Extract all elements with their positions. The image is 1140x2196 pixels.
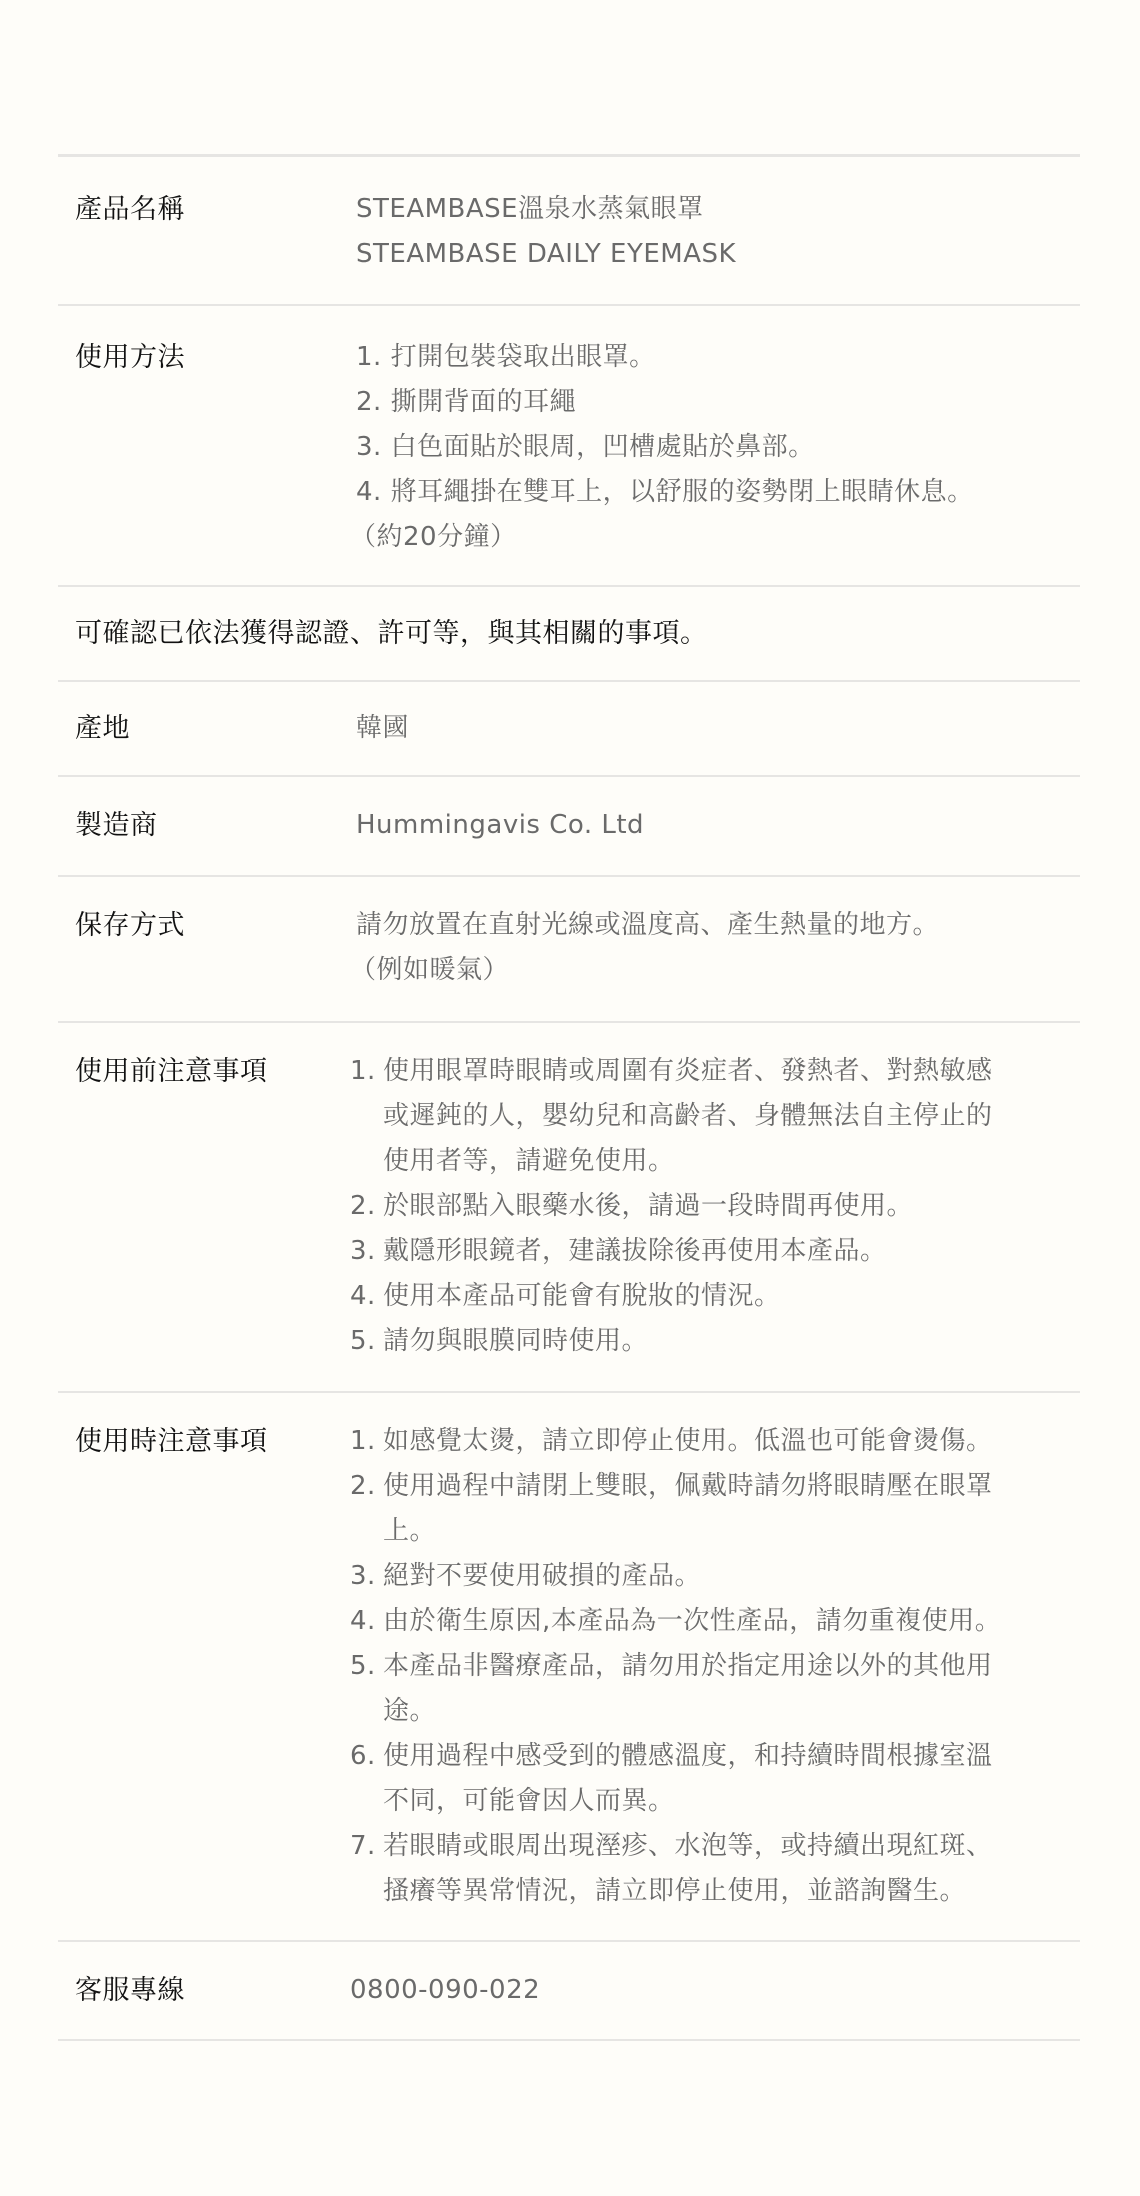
list-item: 1.如感覺太燙，請立即停止使用。低溫也可能會燙傷。	[350, 1419, 1040, 1464]
row-in-use-notes: 使用時注意事項 1.如感覺太燙，請立即停止使用。低溫也可能會燙傷。2.使用過程中…	[58, 1393, 1080, 1942]
usage-step: 1. 打開包裝袋取出眼罩。	[356, 335, 1040, 380]
list-item-number: 5.	[350, 1319, 376, 1364]
list-item: 2.使用過程中請閉上雙眼，佩戴時請勿將眼睛壓在眼罩上。	[350, 1464, 1040, 1554]
list-item-text: 本產品非醫療產品，請勿用於指定用途以外的其他用	[383, 1644, 1040, 1689]
list-item: 3.戴隱形眼鏡者，建議拔除後再使用本產品。	[350, 1229, 1040, 1274]
usage-duration-note: （約20分鐘）	[350, 515, 1040, 560]
list-item-number: 1.	[350, 1419, 376, 1464]
list-item: 4.使用本產品可能會有脫妝的情況。	[350, 1274, 1040, 1319]
usage-label: 使用方法	[58, 335, 356, 560]
row-usage: 使用方法 1. 打開包裝袋取出眼罩。 2. 撕開背面的耳繩 3. 白色面貼於眼周…	[58, 306, 1080, 587]
storage-example: （例如暖氣）	[350, 948, 1040, 993]
product-name-en: STEAMBASE DAILY EYEMASK	[356, 232, 1040, 277]
list-item-number: 6.	[350, 1734, 376, 1779]
customer-service-label: 客服專線	[58, 1968, 356, 2013]
list-item-text: 途。	[383, 1689, 1040, 1734]
usage-step: 3. 白色面貼於眼周，凹槽處貼於鼻部。	[356, 425, 1040, 470]
usage-step: 4. 將耳繩掛在雙耳上，以舒服的姿勢閉上眼睛休息。	[356, 470, 1040, 515]
list-item: 4.由於衛生原因,本產品為一次性產品，請勿重複使用。	[350, 1599, 1040, 1644]
row-product-name: 產品名稱 STEAMBASE溫泉水蒸氣眼罩 STEAMBASE DAILY EY…	[58, 157, 1080, 306]
storage-instruction: 請勿放置在直射光線或溫度高、產生熱量的地方。	[356, 903, 1040, 948]
product-spec-table: 產品名稱 STEAMBASE溫泉水蒸氣眼罩 STEAMBASE DAILY EY…	[58, 154, 1080, 2041]
list-item-number: 4.	[350, 1599, 376, 1644]
row-storage: 保存方式 請勿放置在直射光線或溫度高、產生熱量的地方。 （例如暖氣）	[58, 877, 1080, 1023]
list-item: 5.請勿與眼膜同時使用。	[350, 1319, 1040, 1364]
list-item: 2.於眼部點入眼藥水後，請過一段時間再使用。	[350, 1184, 1040, 1229]
list-item-number: 5.	[350, 1644, 376, 1689]
product-name-value: STEAMBASE溫泉水蒸氣眼罩 STEAMBASE DAILY EYEMASK	[356, 187, 1080, 277]
usage-value: 1. 打開包裝袋取出眼罩。 2. 撕開背面的耳繩 3. 白色面貼於眼周，凹槽處貼…	[356, 335, 1080, 560]
list-item-text: 請勿與眼膜同時使用。	[383, 1319, 1040, 1364]
pre-use-notes-label: 使用前注意事項	[58, 1049, 356, 1364]
product-name-label: 產品名稱	[58, 187, 356, 277]
list-item-text: 於眼部點入眼藥水後，請過一段時間再使用。	[383, 1184, 1040, 1229]
row-manufacturer: 製造商 Hummingavis Co. Ltd	[58, 777, 1080, 877]
list-item-text: 或遲鈍的人，嬰幼兒和高齡者、身體無法自主停止的	[383, 1094, 1040, 1139]
row-customer-service: 客服專線 0800-090-022	[58, 1942, 1080, 2041]
storage-value: 請勿放置在直射光線或溫度高、產生熱量的地方。 （例如暖氣）	[356, 903, 1080, 993]
list-item: 1.使用眼罩時眼睛或周圍有炎症者、發熱者、對熱敏感或遲鈍的人，嬰幼兒和高齡者、身…	[350, 1049, 1040, 1184]
origin-label: 產地	[58, 706, 356, 751]
list-item-number: 3.	[350, 1229, 376, 1274]
list-item-text: 使用過程中感受到的體感溫度，和持續時間根據室溫	[383, 1734, 1040, 1779]
manufacturer-value: Hummingavis Co. Ltd	[356, 803, 1080, 848]
list-item: 5.本產品非醫療產品，請勿用於指定用途以外的其他用途。	[350, 1644, 1040, 1734]
list-item-text: 使用本產品可能會有脫妝的情況。	[383, 1274, 1040, 1319]
customer-service-phone: 0800-090-022	[350, 1968, 1080, 2013]
pre-use-notes-value: 1.使用眼罩時眼睛或周圍有炎症者、發熱者、對熱敏感或遲鈍的人，嬰幼兒和高齡者、身…	[356, 1049, 1080, 1364]
storage-label: 保存方式	[58, 903, 356, 993]
list-item-text: 上。	[383, 1509, 1040, 1554]
list-item: 6.使用過程中感受到的體感溫度，和持續時間根據室溫不同，可能會因人而異。	[350, 1734, 1040, 1824]
manufacturer-label: 製造商	[58, 803, 356, 848]
list-item-text: 若眼睛或眼周出現溼疹、水泡等，或持續出現紅斑、	[383, 1824, 1040, 1869]
list-item-text: 由於衛生原因,本產品為一次性產品，請勿重複使用。	[383, 1599, 1040, 1644]
list-item-number: 2.	[350, 1184, 376, 1229]
list-item: 3.絕對不要使用破損的產品。	[350, 1554, 1040, 1599]
origin-value: 韓國	[356, 706, 1080, 751]
pre-use-notes-list: 1.使用眼罩時眼睛或周圍有炎症者、發熱者、對熱敏感或遲鈍的人，嬰幼兒和高齡者、身…	[356, 1049, 1040, 1364]
list-item-number: 4.	[350, 1274, 376, 1319]
list-item-text: 不同，可能會因人而異。	[383, 1779, 1040, 1824]
usage-step: 2. 撕開背面的耳繩	[356, 380, 1040, 425]
list-item-text: 使用過程中請閉上雙眼，佩戴時請勿將眼睛壓在眼罩	[383, 1464, 1040, 1509]
row-pre-use-notes: 使用前注意事項 1.使用眼罩時眼睛或周圍有炎症者、發熱者、對熱敏感或遲鈍的人，嬰…	[58, 1023, 1080, 1393]
certification-heading: 可確認已依法獲得認證、許可等，與其相關的事項。	[58, 611, 1080, 656]
list-item-text: 使用者等，請避免使用。	[383, 1139, 1040, 1184]
list-item-text: 使用眼罩時眼睛或周圍有炎症者、發熱者、對熱敏感	[383, 1049, 1040, 1094]
in-use-notes-value: 1.如感覺太燙，請立即停止使用。低溫也可能會燙傷。2.使用過程中請閉上雙眼，佩戴…	[356, 1419, 1080, 1914]
list-item-number: 2.	[350, 1464, 376, 1509]
row-origin: 產地 韓國	[58, 682, 1080, 777]
list-item-number: 3.	[350, 1554, 376, 1599]
list-item-number: 7.	[350, 1824, 376, 1869]
list-item-text: 如感覺太燙，請立即停止使用。低溫也可能會燙傷。	[383, 1419, 1040, 1464]
in-use-notes-label: 使用時注意事項	[58, 1419, 356, 1914]
list-item-text: 絕對不要使用破損的產品。	[383, 1554, 1040, 1599]
product-name-zh: STEAMBASE溫泉水蒸氣眼罩	[356, 187, 1040, 232]
row-certification: 可確認已依法獲得認證、許可等，與其相關的事項。	[58, 587, 1080, 682]
list-item: 7.若眼睛或眼周出現溼疹、水泡等，或持續出現紅斑、搔癢等異常情況，請立即停止使用…	[350, 1824, 1040, 1914]
in-use-notes-list: 1.如感覺太燙，請立即停止使用。低溫也可能會燙傷。2.使用過程中請閉上雙眼，佩戴…	[356, 1419, 1040, 1914]
list-item-text: 戴隱形眼鏡者，建議拔除後再使用本產品。	[383, 1229, 1040, 1274]
list-item-number: 1.	[350, 1049, 376, 1094]
list-item-text: 搔癢等異常情況，請立即停止使用，並諮詢醫生。	[383, 1869, 1040, 1914]
